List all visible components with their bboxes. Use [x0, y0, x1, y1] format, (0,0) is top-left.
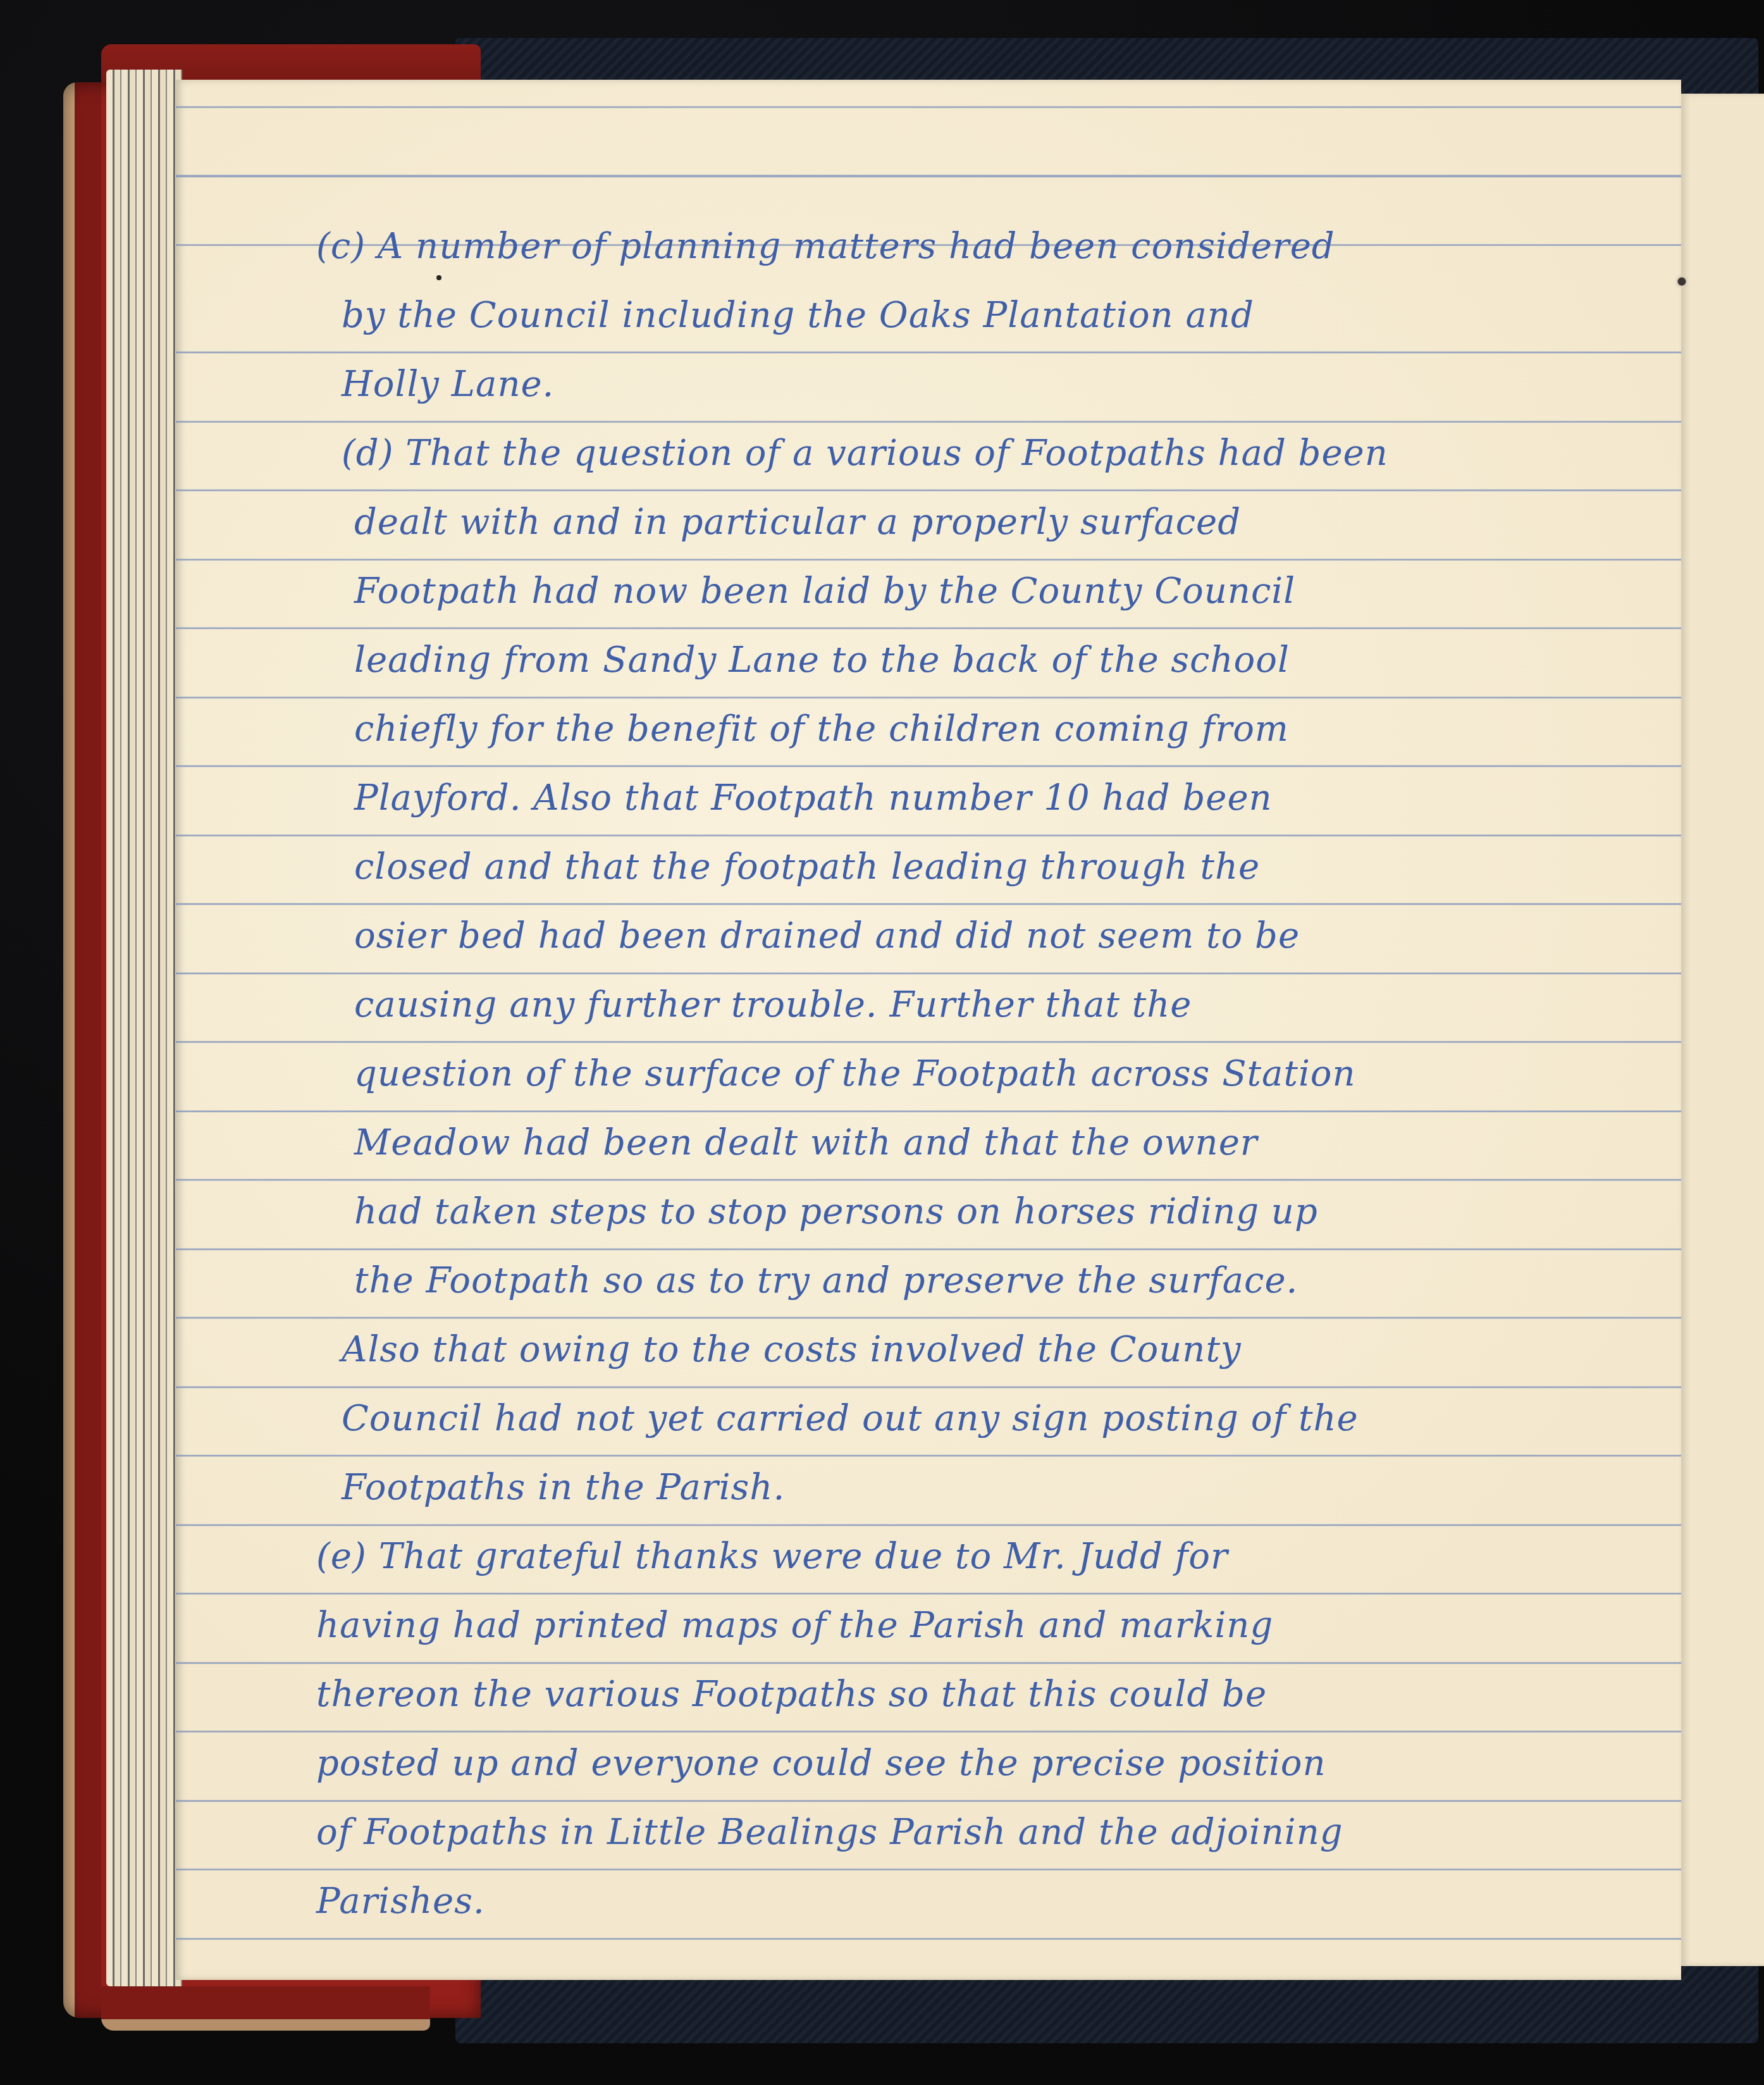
entry-d-line: causing any further trouble. Further tha…	[316, 970, 1442, 1039]
entry-c-line: Holly Lane.	[316, 350, 1442, 419]
entry-d-line: leading from Sandy Lane to the back of t…	[316, 626, 1442, 695]
entry-d-line: had taken steps to stop persons on horse…	[316, 1177, 1442, 1246]
entry-e-line: of Footpaths in Little Bealings Parish a…	[316, 1798, 1442, 1867]
entry-d-line: the Footpath so as to try and preserve t…	[316, 1246, 1442, 1315]
handwritten-text: (c) A number of planning matters had bee…	[316, 212, 1442, 1936]
entry-d-line: Footpath had now been laid by the County…	[316, 557, 1442, 626]
entry-e-line: (e) That grateful thanks were due to Mr.…	[316, 1522, 1442, 1591]
entry-e-line: posted up and everyone could see the pre…	[316, 1729, 1442, 1798]
entry-d-line: Footpaths in the Parish.	[316, 1453, 1442, 1522]
entry-d-line: question of the surface of the Footpath …	[316, 1039, 1442, 1108]
facing-page-edge	[1679, 94, 1764, 1966]
entry-d-line: (d) That the question of a various of Fo…	[316, 419, 1442, 488]
entry-d-line: Meadow had been dealt with and that the …	[316, 1108, 1442, 1177]
entry-e-line: Parishes.	[316, 1867, 1442, 1936]
entry-d-line: chiefly for the benefit of the children …	[316, 695, 1442, 764]
book-binding-bottom-edge	[101, 1986, 430, 2031]
entry-d-line: Also that owing to the costs involved th…	[316, 1315, 1442, 1384]
entry-d-line: closed and that the footpath leading thr…	[316, 832, 1442, 901]
page-stack-edges	[106, 70, 182, 1986]
entry-d-line: dealt with and in particular a properly …	[316, 488, 1442, 557]
entry-d-line: Playford. Also that Footpath number 10 h…	[316, 764, 1442, 832]
entry-c-line: (c) A number of planning matters had bee…	[316, 212, 1442, 281]
entry-e-line: thereon the various Footpaths so that th…	[316, 1660, 1442, 1729]
entry-c-line: by the Council including the Oaks Planta…	[316, 281, 1442, 350]
entry-e-line: having had printed maps of the Parish an…	[316, 1591, 1442, 1660]
entry-d-line: Council had not yet carried out any sign…	[316, 1384, 1442, 1453]
page-tear-mark	[1675, 272, 1689, 291]
entry-d-line: osier bed had been drained and did not s…	[316, 901, 1442, 970]
